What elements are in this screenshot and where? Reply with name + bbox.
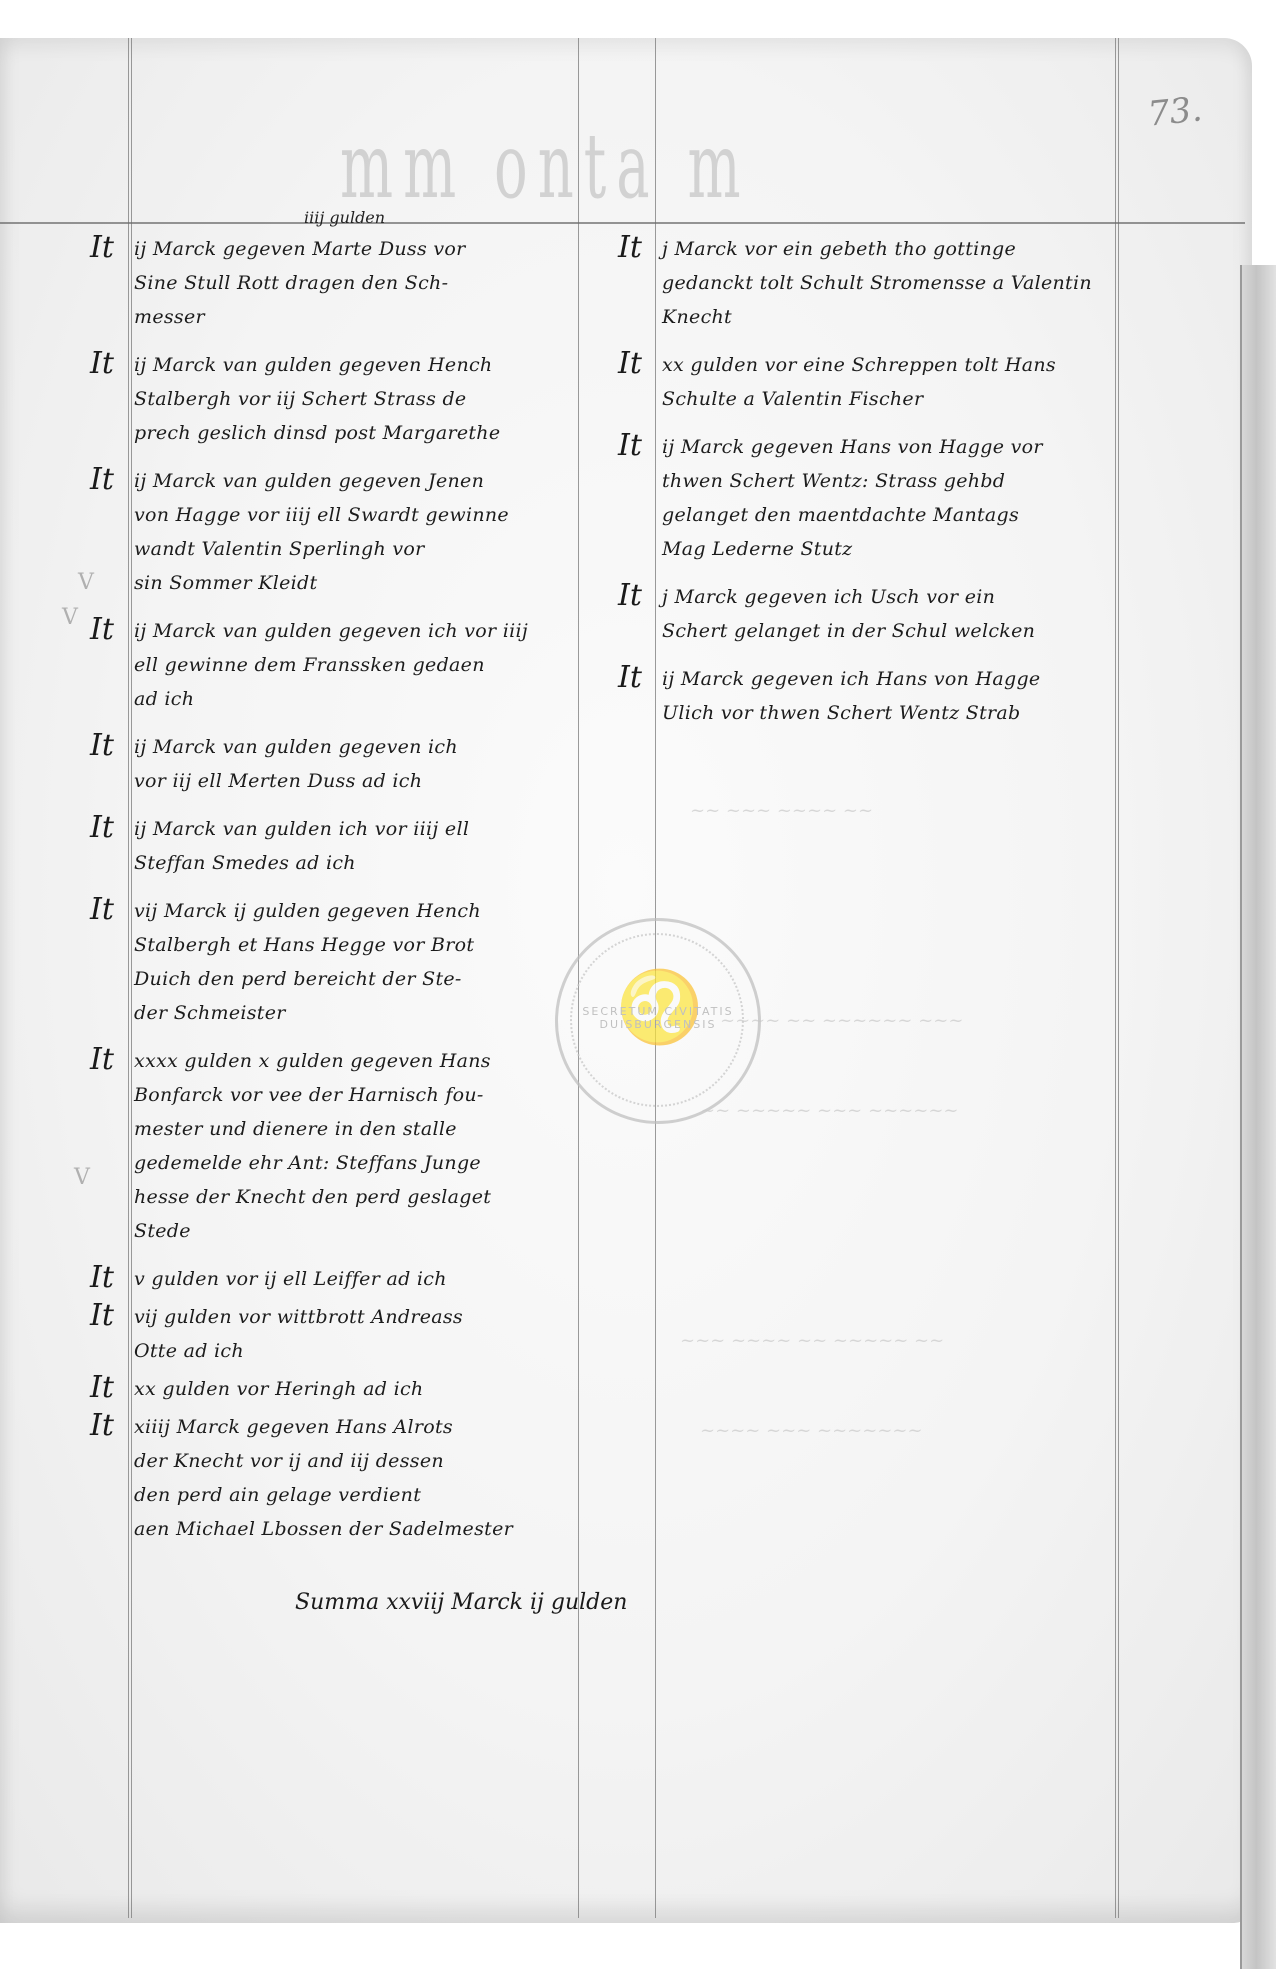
entry-line: v gulden vor ij ell Leiffer ad ich — [134, 1262, 574, 1296]
entry-line: wandt Valentin Sperlingh vor — [134, 532, 574, 566]
entry-line: ij Marck gegeven ich Hans von Hagge — [662, 662, 1112, 696]
item-marker: It — [90, 728, 114, 763]
ledger-entry: It v gulden vor ij ell Leiffer ad ich — [134, 1262, 574, 1296]
entry-line: mester und dienere in den stalle — [134, 1112, 574, 1146]
bleedthrough-text: ~~~~ ~~~ ~~~~~~~ — [700, 1420, 923, 1441]
entry-line: Duich den perd bereicht der Ste- — [134, 962, 574, 996]
item-marker: It — [90, 1042, 114, 1077]
item-marker: It — [618, 230, 642, 265]
entry-line: ad ich — [134, 682, 574, 716]
item-marker: It — [90, 1298, 114, 1333]
entry-line: j Marck gegeven ich Usch vor ein — [662, 580, 1112, 614]
item-marker: It — [90, 892, 114, 927]
entry-line: der Knecht vor ij and iij dessen — [134, 1444, 574, 1478]
entry-line: xiiij Marck gegeven Hans Alrots — [134, 1410, 574, 1444]
entry-line: Bonfarck vor vee der Harnisch fou- — [134, 1078, 574, 1112]
entry-line: den perd ain gelage verdient — [134, 1478, 574, 1512]
rule-header-line — [0, 222, 1245, 224]
entry-line: ij Marck van gulden gegeven Jenen — [134, 464, 574, 498]
entry-line: vij gulden vor wittbrott Andreass — [134, 1300, 574, 1334]
entry-line: ell gewinne dem Franssken gedaen — [134, 648, 574, 682]
entry-line: Stalbergh vor iij Schert Strass de — [134, 382, 574, 416]
item-marker: It — [90, 1370, 114, 1405]
entry-line: Stalbergh et Hans Hegge vor Brot — [134, 928, 574, 962]
margin-check-mark: V — [74, 1165, 90, 1190]
entry-line: sin Sommer Kleidt — [134, 566, 574, 600]
ledger-entry: It vij gulden vor wittbrott Andreass Ott… — [134, 1300, 574, 1368]
item-marker: It — [618, 578, 642, 613]
entry-line: gelanget den maentdachte Mantags — [662, 498, 1112, 532]
ledger-entry: It xiiij Marck gegeven Hans Alrots der K… — [134, 1410, 574, 1546]
left-column: It iiij gulden ij Marck gegeven Marte Du… — [134, 232, 574, 1560]
rule-left-margin — [128, 38, 129, 1918]
ledger-entry: It ij Marck van gulden gegeven Jenen von… — [134, 464, 574, 600]
item-marker: It — [90, 1408, 114, 1443]
ledger-entry: It ij Marck van gulden ich vor iiij ell … — [134, 812, 574, 880]
entry-line: Schert gelanget in der Schul welcken — [662, 614, 1112, 648]
entry-line: ij Marck van gulden gegeven ich vor iiij — [134, 614, 574, 648]
ledger-entry: It xx gulden vor Heringh ad ich — [134, 1372, 574, 1406]
entry-line: Steffan Smedes ad ich — [134, 846, 574, 880]
entry-line: ij Marck gegeven Hans von Hagge vor — [662, 430, 1112, 464]
bleedthrough-text: ~~~~ ~~ ~~~~~~ ~~~ — [720, 1010, 963, 1031]
ledger-entry: It ij Marck van gulden gegeven Hench Sta… — [134, 348, 574, 450]
entry-line: ij Marck van gulden gegeven ich — [134, 730, 574, 764]
entry-line: prech geslich dinsd post Margarethe — [134, 416, 574, 450]
bleedthrough-text: ~~ ~~~~~ ~~~ ~~~~~~ — [700, 1100, 958, 1121]
entry-line: j Marck vor ein gebeth tho gottinge — [662, 232, 1112, 266]
entry-line: Otte ad ich — [134, 1334, 574, 1368]
entry-line: messer — [134, 300, 574, 334]
entry-line: ij Marck gegeven Marte Duss vor — [134, 232, 574, 266]
ledger-entry: It ij Marck gegeven Hans von Hagge vor t… — [662, 430, 1112, 566]
bleedthrough-text: ~~ ~~~ ~~~~ ~~ — [690, 800, 873, 821]
entry-line: ij Marck van gulden ich vor iiij ell — [134, 812, 574, 846]
item-marker: It — [90, 810, 114, 845]
bleedthrough-text: ~~~ ~~~~ ~~ ~~~~~ ~~ — [680, 1330, 944, 1351]
entry-line: gedanckt tolt Schult Stromensse a Valent… — [662, 266, 1112, 300]
ledger-entry: It ij Marck gegeven ich Hans von Hagge U… — [662, 662, 1112, 730]
entry-line: xx gulden vor Heringh ad ich — [134, 1372, 574, 1406]
entry-line: thwen Schert Wentz: Strass gehbd — [662, 464, 1112, 498]
entry-line: ij Marck van gulden gegeven Hench — [134, 348, 574, 382]
entry-line: Stede — [134, 1214, 574, 1248]
column-total: Summa xxviij Marck ij gulden — [295, 1590, 627, 1615]
entry-line: der Schmeister — [134, 996, 574, 1030]
entry-line: hesse der Knecht den perd geslaget — [134, 1180, 574, 1214]
item-marker: It — [90, 462, 114, 497]
entry-line: Mag Lederne Stutz — [662, 532, 1112, 566]
ledger-entry: It iiij gulden ij Marck gegeven Marte Du… — [134, 232, 574, 334]
rule-left-margin-double — [131, 38, 132, 1918]
item-marker: It — [90, 1260, 114, 1295]
entry-line: xx gulden vor eine Schreppen tolt Hans — [662, 348, 1112, 382]
rule-right — [1115, 38, 1116, 1918]
entry-line: vor iij ell Merten Duss ad ich — [134, 764, 574, 798]
entry-line: von Hagge vor iiij ell Swardt gewinne — [134, 498, 574, 532]
entry-line: Ulich vor thwen Schert Wentz Strab — [662, 696, 1112, 730]
bleedthrough-header: mm onta m — [340, 116, 751, 220]
ledger-entry: It ij Marck van gulden gegeven ich vor i… — [134, 730, 574, 798]
item-marker: It — [618, 660, 642, 695]
entry-line: aen Michael Lbossen der Sadelmester — [134, 1512, 574, 1546]
item-marker: It — [90, 346, 114, 381]
folio-number: 73. — [1146, 89, 1204, 134]
entry-line: vij Marck ij gulden gegeven Hench — [134, 894, 574, 928]
item-marker: It — [90, 612, 114, 647]
interlinear-note: iiij gulden — [304, 208, 385, 227]
ledger-entry: It ij Marck van gulden gegeven ich vor i… — [134, 614, 574, 716]
entry-line: Knecht — [662, 300, 1112, 334]
entry-line: Sine Stull Rott dragen den Sch- — [134, 266, 574, 300]
ledger-entry: It j Marck vor ein gebeth tho gottinge g… — [662, 232, 1112, 334]
next-page-edge — [1240, 265, 1276, 1969]
ledger-entry: It xx gulden vor eine Schreppen tolt Han… — [662, 348, 1112, 416]
ledger-entry: It xxxx gulden x gulden gegeven Hans Bon… — [134, 1044, 574, 1248]
margin-check-mark: V — [78, 570, 94, 595]
ledger-entry: It vij Marck ij gulden gegeven Hench Sta… — [134, 894, 574, 1030]
entry-line: xxxx gulden x gulden gegeven Hans — [134, 1044, 574, 1078]
item-marker: It — [90, 230, 114, 265]
item-marker: It — [618, 346, 642, 381]
margin-check-mark: V — [62, 605, 78, 630]
entry-line: gedemelde ehr Ant: Steffans Junge — [134, 1146, 574, 1180]
right-column: It j Marck vor ein gebeth tho gottinge g… — [662, 232, 1112, 744]
rule-right-double — [1118, 38, 1119, 1918]
entry-line: Schulte a Valentin Fischer — [662, 382, 1112, 416]
item-marker: It — [618, 428, 642, 463]
ledger-entry: It j Marck gegeven ich Usch vor ein Sche… — [662, 580, 1112, 648]
